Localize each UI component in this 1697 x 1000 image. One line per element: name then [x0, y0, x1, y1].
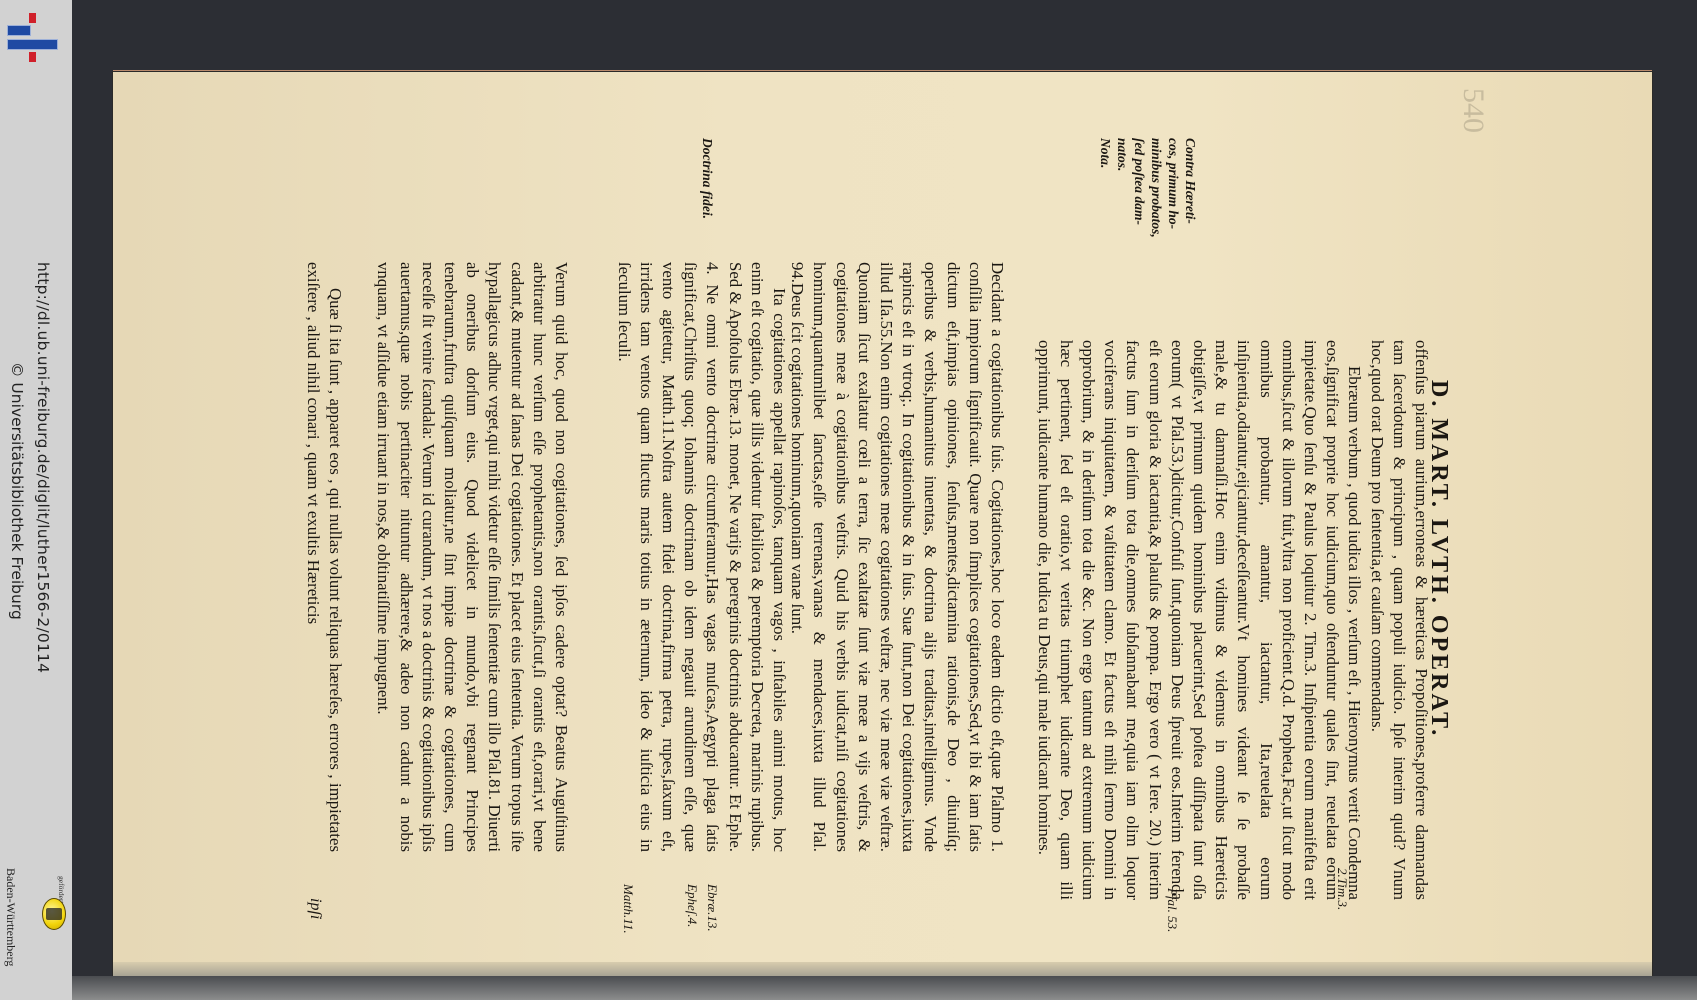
- side-ref-ebrae: Ebræ.13.: [704, 884, 720, 932]
- catchword: ipſi: [306, 898, 324, 919]
- text-column-3: Ita cogitationes appellat rapinoſos, tan…: [612, 262, 790, 852]
- side-ref-matth: Matth.11.: [620, 884, 636, 934]
- logo-blue-bar-long: [7, 39, 58, 50]
- logo-red-bar-top: [29, 13, 36, 23]
- folio-number: 540: [1456, 88, 1490, 133]
- paragraph-2: Ebræum verbum , quod iudica illos , verſ…: [1032, 340, 1365, 900]
- margin-note-heretics: Contra Hæreti- cos, primum ho- minibus p…: [1097, 138, 1199, 238]
- paragraph-5: Verum quid hoc, quod non cogitationes, ſ…: [372, 262, 572, 852]
- page-bottom-shadow: [113, 962, 1652, 976]
- text-column-2: Decidant a cogitationibus ſuis. Cogitati…: [786, 262, 1008, 852]
- paragraph-6: Quæ ſi ita ſunt , apparet eos , qui null…: [302, 262, 346, 852]
- scan-lower-strip: [72, 976, 1697, 1000]
- logo-blue-bar-short: [7, 25, 31, 36]
- sponsor-name: Baden-Württemberg: [3, 868, 18, 966]
- side-ref-tim: 2.Tim.3.: [1334, 868, 1350, 910]
- ub-freiburg-logo[interactable]: [6, 12, 60, 62]
- margin-note-doctrina: Doctrina fidei.: [699, 138, 716, 219]
- side-ref-psal: Pſal. 53.: [1164, 888, 1180, 932]
- text-column-5: Quæ ſi ita ſunt , apparet eos , qui null…: [302, 262, 346, 852]
- copyright-notice: © Universitätsbibliothek Freiburg: [8, 362, 26, 620]
- logo-red-bar-bottom: [29, 52, 36, 62]
- paragraph-4: Ita cogitationes appellat rapinoſos, tan…: [612, 262, 790, 852]
- text-column-4: Verum quid hoc, quod non cogitationes, ſ…: [372, 262, 572, 852]
- paragraph-3: Decidant a cogitationibus ſuis. Cogitati…: [786, 262, 1008, 852]
- text-column-1: offenſus piarum aurium,erroneas & hæreti…: [1032, 340, 1432, 900]
- permalink-url[interactable]: http://dl.ub.uni-freiburg.de/diglit/luth…: [34, 262, 52, 673]
- side-ref-ephes: Epheſ.4.: [684, 884, 700, 927]
- baden-wuerttemberg-crest-icon: [42, 898, 66, 930]
- viewer-sidebar: http://dl.ub.uni-freiburg.de/diglit/luth…: [0, 0, 73, 1000]
- paragraph-1: offenſus piarum aurium,erroneas & hæreti…: [1365, 340, 1432, 900]
